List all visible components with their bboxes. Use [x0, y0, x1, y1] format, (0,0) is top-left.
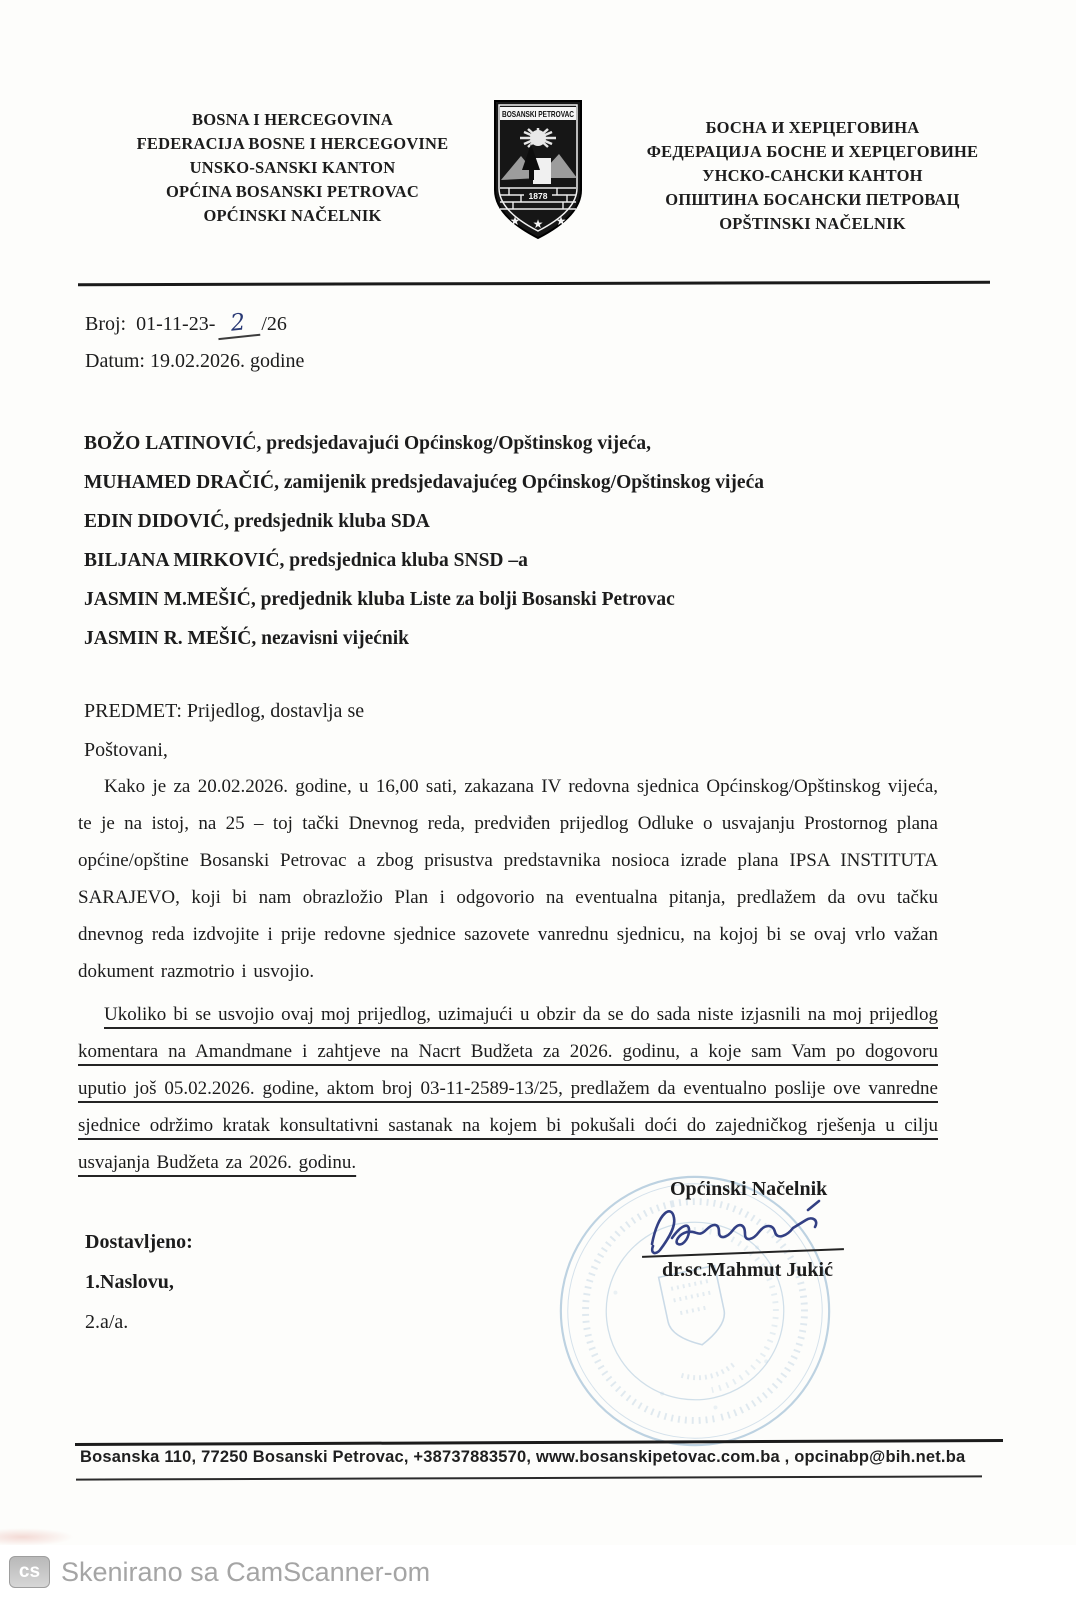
recipient-line: MUHAMED DRAČIĆ, zamijenik predsjedavajuć…: [84, 463, 764, 502]
recipient-line: EDIN DIDOVIĆ, predsjednik kluba SDA: [84, 502, 764, 541]
broj-handwritten-number: 2: [216, 308, 261, 340]
footer-divider: [75, 1439, 1003, 1446]
distribution-block: Dostavljeno: 1.Naslovu, 2.a/a.: [85, 1222, 193, 1342]
emblem-star-icon: ★: [556, 214, 567, 228]
header-cyrillic-line: ОПШТИНА БОСАНСКИ ПЕТРОВАЦ: [605, 188, 1020, 212]
emblem-star-icon: ★: [533, 217, 544, 231]
header-latin-block: BOSNA I HERCEGOVINA FEDERACIJA BOSNE I H…: [95, 108, 490, 228]
header-divider: [78, 281, 990, 286]
distribution-item: 2.a/a.: [85, 1302, 193, 1342]
camscanner-logo-icon: cs: [9, 1556, 50, 1588]
body-paragraph-2-underlined: Ukoliko bi se usvojio ovaj moj prijedlog…: [78, 996, 938, 1181]
emblem-star-icon: ★: [510, 214, 521, 228]
recipient-line: BILJANA MIRKOVIĆ, predsjednica kluba SNS…: [84, 541, 764, 580]
coat-of-arms-icon: BOSANSKI PETROVAC 1878 ★: [487, 98, 589, 242]
header-cyrillic-line: БОСНА И ХЕРЦЕГОВИНА: [605, 116, 1020, 140]
broj-label: Broj:: [85, 313, 126, 335]
broj-suffix: /26: [261, 313, 287, 335]
footer-contact-line: Bosanska 110, 77250 Bosanski Petrovac, +…: [80, 1448, 965, 1467]
body-paragraph-1: Kako je za 20.02.2026. godine, u 16,00 s…: [78, 768, 938, 990]
emblem-banner-label: BOSANSKI PETROVAC: [502, 109, 574, 119]
recipient-line: BOŽO LATINOVIĆ, predsjedavajući Općinsko…: [84, 424, 764, 463]
reference-number-line: Broj: 01-11-23-2/26: [85, 310, 287, 336]
header-latin-line: OPĆINSKI NAČELNIK: [95, 204, 490, 228]
emblem-year-label: 1878: [529, 191, 548, 201]
header-latin-line: UNSKO-SANSKI KANTON: [95, 156, 490, 180]
footer-underline: [76, 1475, 982, 1480]
header-latin-line: FEDERACIJA BOSNE I HERCEGOVINE: [95, 132, 490, 156]
header-cyrillic-line: OPŠTINSKI NAČELNIK: [605, 212, 1020, 236]
date-line: Datum: 19.02.2026. godine: [85, 350, 304, 373]
header-cyrillic-block: БОСНА И ХЕРЦЕГОВИНА ФЕДЕРАЦИЈА БОСНЕ И Х…: [605, 116, 1020, 236]
salutation-line: Poštovani,: [84, 739, 168, 762]
header-cyrillic-line: УНСКО-САНСКИ КАНТОН: [605, 164, 1020, 188]
distribution-item: 1.Naslovu,: [85, 1262, 193, 1302]
recipient-line: JASMIN M.MEŠIĆ, predjednik kluba Liste z…: [84, 580, 764, 619]
distribution-label: Dostavljeno:: [85, 1222, 193, 1262]
header-latin-line: OPĆINA BOSANSKI PETROVAC: [95, 180, 490, 204]
header-latin-line: BOSNA I HERCEGOVINA: [95, 108, 490, 132]
recipients-list: BOŽO LATINOVIĆ, predsjedavajući Općinsko…: [84, 424, 764, 658]
signature-name: dr.sc.Mahmut Jukić: [662, 1259, 833, 1282]
camscanner-watermark-bar: cs Skenirano sa CamScanner-om: [0, 1545, 1076, 1599]
header-cyrillic-line: ФЕДЕРАЦИЈА БОСНЕ И ХЕРЦЕГОВИНЕ: [605, 140, 1020, 164]
camscanner-watermark-text: Skenirano sa CamScanner-om: [61, 1557, 430, 1588]
scanned-letter-page: BOSNA I HERCEGOVINA FEDERACIJA BOSNE I H…: [0, 0, 1076, 1599]
broj-prefix: 01-11-23-: [136, 313, 215, 335]
recipient-line: JASMIN R. MEŠIĆ, nezavisni vijećnik: [84, 619, 764, 658]
subject-line: PREDMET: Prijedlog, dostavlja se: [84, 700, 364, 723]
scan-smudge: [0, 1528, 74, 1546]
